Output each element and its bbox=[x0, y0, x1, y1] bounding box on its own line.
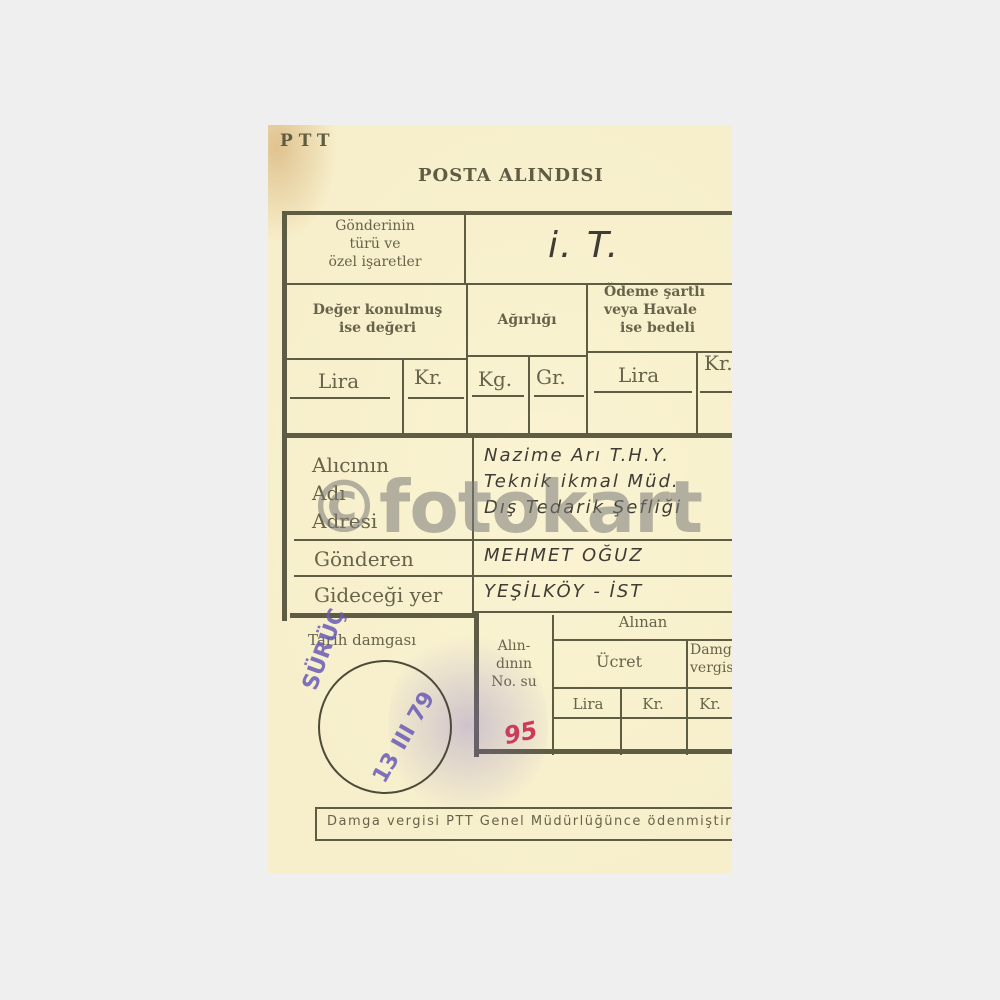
divider bbox=[464, 215, 466, 283]
divider bbox=[586, 285, 588, 435]
declared-value-label: Değer konulmuşise değeri bbox=[290, 301, 465, 337]
divider bbox=[468, 355, 586, 357]
col-kr-2: Kr. bbox=[704, 351, 732, 375]
frame-left bbox=[282, 211, 287, 621]
footer-text: Damga vergisi PTT Genel Müdürlüğünce öde… bbox=[327, 814, 732, 829]
divider bbox=[686, 641, 688, 755]
tax-label: Damgavergisi bbox=[690, 641, 732, 677]
col-lira-2: Lira bbox=[618, 363, 659, 387]
sender-label: Gönderen bbox=[314, 547, 414, 571]
underline bbox=[534, 395, 584, 397]
weight-label: Ağırlığı bbox=[468, 311, 586, 329]
col-kg: Kg. bbox=[478, 367, 512, 391]
footer-box: Damga vergisi PTT Genel Müdürlüğünce öde… bbox=[315, 807, 732, 841]
divider bbox=[554, 717, 732, 719]
shipment-type-value: i. T. bbox=[548, 225, 620, 266]
divider bbox=[286, 358, 466, 360]
ptt-logo-text: PTT bbox=[280, 131, 335, 151]
divider bbox=[290, 613, 474, 618]
underline bbox=[408, 397, 464, 399]
frame-top bbox=[282, 211, 732, 215]
col-lira: Lira bbox=[318, 369, 359, 393]
underline bbox=[290, 397, 390, 399]
divider bbox=[554, 687, 732, 689]
watermark: ©fotokart bbox=[308, 465, 702, 549]
fee-label: Ücret bbox=[554, 653, 684, 671]
payment-label: Ödeme şartlıveya Havaleise bedeli bbox=[590, 283, 732, 337]
underline bbox=[472, 395, 524, 397]
underline bbox=[594, 391, 692, 393]
divider bbox=[528, 357, 530, 435]
divider bbox=[282, 433, 732, 438]
shipment-type-label: Gönderinintürü veözel işaretler bbox=[290, 217, 460, 271]
divider bbox=[402, 359, 404, 435]
divider bbox=[466, 285, 468, 435]
col-kr: Kr. bbox=[414, 365, 443, 389]
divider bbox=[552, 615, 554, 755]
divider bbox=[696, 353, 698, 435]
document-title: POSTA ALINDISI bbox=[418, 165, 604, 186]
fee-lira-col: Lira bbox=[558, 695, 618, 713]
tax-kr-col: Kr. bbox=[690, 695, 730, 713]
fee-kr-col: Kr. bbox=[622, 695, 684, 713]
underline bbox=[700, 391, 732, 393]
divider bbox=[294, 575, 732, 577]
destination-value: YEŞİLKÖY - İST bbox=[484, 581, 643, 602]
postal-receipt: PTT POSTA ALINDISI Gönderinintürü veözel… bbox=[268, 125, 732, 873]
col-gr: Gr. bbox=[536, 365, 566, 389]
received-label: Alınan bbox=[554, 613, 732, 631]
destination-label: Gideceği yer bbox=[314, 583, 442, 607]
